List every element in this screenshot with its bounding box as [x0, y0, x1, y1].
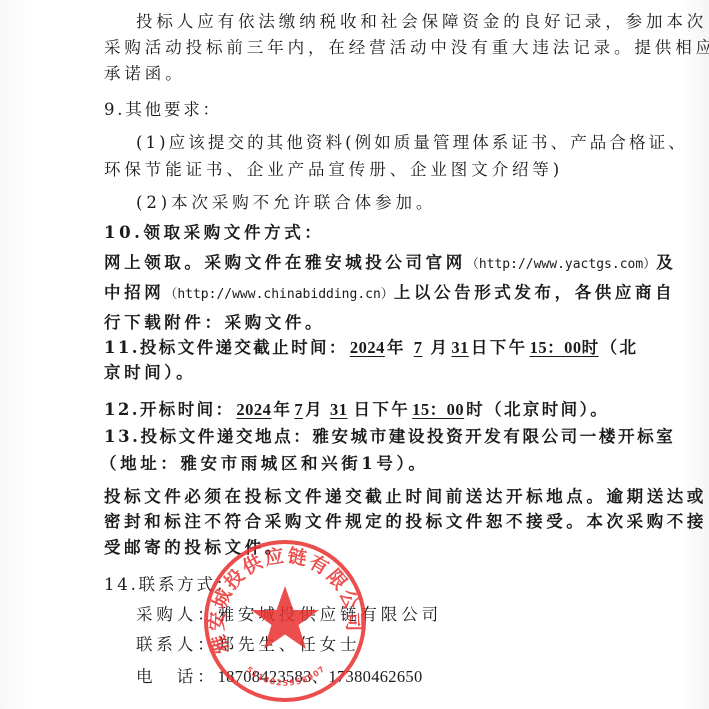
section-13-line-2: （地址：雅安市雨城区和兴街1号）。: [100, 454, 428, 474]
section-10-line-2-suffix: 上以公告形式发布，各供应商自: [394, 283, 675, 302]
section-11-tail-1: （北: [601, 338, 639, 357]
section-12-month-unit: 月: [305, 400, 324, 419]
section-12-tail: （北京时间）。: [485, 400, 609, 419]
section-10-line-1: 网上领取。采购文件在雅安城投公司官网（http://www.yactgs.com…: [104, 253, 676, 273]
section-9-item-1-line-2: 环保节能证书、企业产品宣传册、企业图文介绍等): [104, 160, 563, 180]
section-11-time: 15：00时: [528, 338, 601, 357]
phone-numbers: 18708423583、17380462650: [218, 667, 423, 686]
notice-line-1: 投标文件必须在投标文件递交截止时间前送达开标地点。逾期送达或: [104, 487, 707, 507]
section-9-item-1-line-1: (1)应该提交的其他资料(例如质量管理体系证书、产品合格证、: [136, 133, 688, 153]
section-13-line-1: 13.投标文件递交地点：雅安城市建设投资开发有限公司一楼开标室: [104, 427, 675, 447]
para-tax-line-2: 采购活动投标前三年内，在经营活动中没有重大违法记录。提供相应: [104, 38, 709, 58]
section-11-month: 7: [406, 338, 431, 357]
section-10-line-3: 行下载附件：采购文件。: [104, 313, 325, 333]
contact-person-row: 联系人：郑先生、任女士: [136, 635, 360, 655]
notice-line-2: 密封和标注不符合采购文件规定的投标文件恕不接受。本次采购不接: [104, 512, 707, 532]
section-11-time-unit: 时: [582, 338, 599, 357]
section-11-year: 2024: [348, 338, 387, 357]
section-12-year: 2024: [234, 400, 273, 419]
document-page: 投标人应有依法缴纳税收和社会保障资金的良好记录，参加本次 采购活动投标前三年内，…: [0, 0, 709, 709]
section-10-line-2: 中招网（http://www.chinabidding.cn）上以公告形式发布，…: [104, 283, 675, 303]
section-10-line-1-prefix: 网上领取。采购文件在雅安城投公司官网: [104, 253, 466, 272]
section-14-heading: 14.联系方式：: [104, 575, 235, 595]
section-11-deadline: 11.投标文件递交截止时间：2024年7月31日下午15：00时（北: [104, 338, 638, 358]
section-10-heading: 10.领取采购文件方式：: [104, 223, 324, 243]
section-12-opening-time: 12.开标时间：2024年7月31日下午15：00时（北京时间）。: [104, 400, 609, 420]
section-10-line-1-suffix: 及: [656, 253, 676, 272]
purchaser-row: 采购人：雅安城投供应链有限公司: [136, 605, 442, 625]
para-tax-line-3: 承诺函。: [104, 64, 186, 84]
phone-label: 电 话：: [136, 667, 218, 686]
section-11-tail-2: 京时间）。: [104, 363, 196, 383]
section-12-time: 15：00: [410, 400, 466, 419]
section-12-month: 7: [292, 400, 305, 419]
section-9-heading: 9.其他要求：: [104, 100, 222, 120]
section-12-time-unit: 时: [466, 400, 485, 419]
section-11-year-unit: 年: [387, 338, 406, 357]
phone-row: 电 话：18708423583、17380462650: [136, 667, 423, 687]
para-tax-line-1: 投标人应有依法缴纳税收和社会保障资金的良好记录，参加本次: [136, 12, 707, 32]
official-site-url: （http://www.yactgs.com）: [466, 257, 656, 272]
section-12-day: 31: [324, 400, 354, 419]
section-12-year-unit: 年: [273, 400, 292, 419]
contact-person-label: 联系人：: [136, 635, 218, 654]
section-11-day: 31: [449, 338, 471, 357]
section-11-day-unit: 日下午: [471, 338, 528, 357]
section-10-line-2-prefix: 中招网: [104, 283, 164, 302]
section-9-item-2: (2)本次采购不允许联合体参加。: [136, 193, 436, 213]
chinabidding-url: （http://www.chinabidding.cn）: [164, 287, 394, 302]
purchaser-label: 采购人：: [136, 605, 218, 624]
section-12-day-unit: 日下午: [353, 400, 410, 419]
section-12-label: 12.开标时间：: [104, 400, 234, 419]
section-11-time-value: 15：00: [530, 338, 582, 357]
purchaser-name: 雅安城投供应链有限公司: [218, 605, 442, 624]
notice-line-3: 受邮寄的投标文件。: [104, 538, 285, 558]
section-11-month-unit: 月: [430, 338, 449, 357]
section-11-label: 11.投标文件递交截止时间：: [104, 338, 348, 357]
contact-person-names: 郑先生、任女士: [218, 635, 361, 654]
